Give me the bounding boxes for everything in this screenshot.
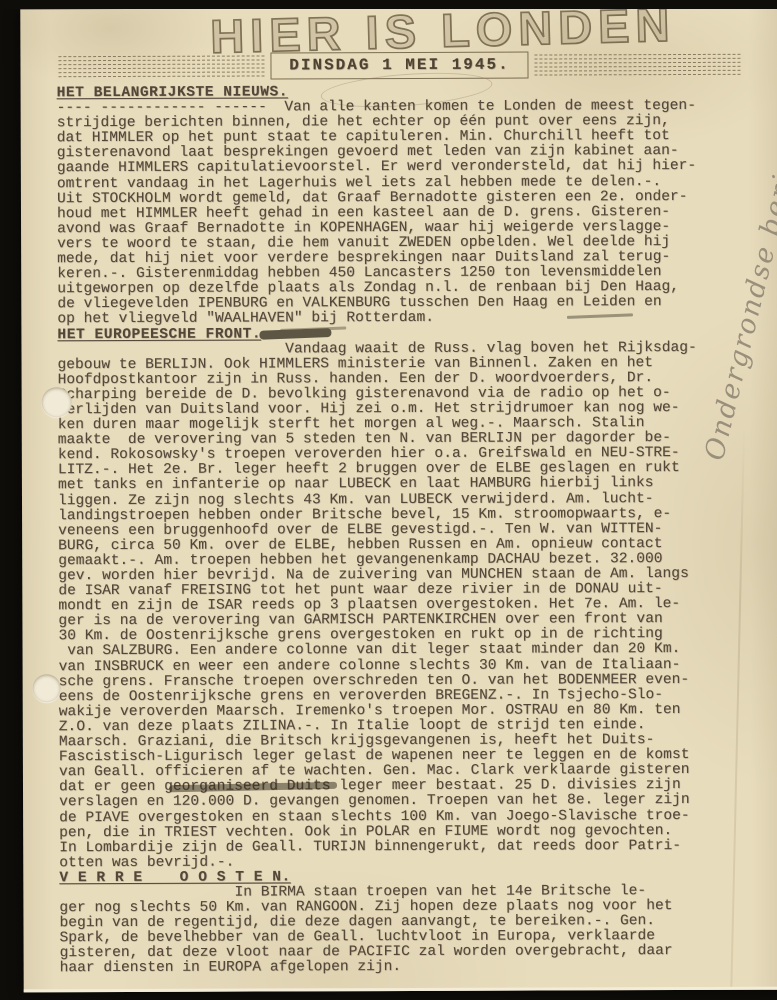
paper-crease [730, 427, 745, 987]
section-body-europeesche-front: Vandaag waait de Russ. vlag boven het Ri… [57, 340, 731, 871]
newspaper-page: HIER IS LONDEN DINSDAG 1 MEI 1945. HET B… [20, 7, 777, 993]
dashed-rules-left [58, 55, 264, 77]
section-body-verre-oosten: In BIRMA staan troepen van het 14e Brits… [59, 884, 731, 977]
punch-hole [33, 674, 61, 702]
punch-hole [42, 387, 72, 417]
scanned-document-photo: { "masthead": { "title": "HIER IS LONDEN… [0, 0, 777, 1000]
photo-background-edge [0, 0, 777, 9]
dashed-rules-right [535, 54, 741, 76]
section-body-belangrijkste-nieuws: ---- ------------ ------ Van alle kanten… [57, 99, 730, 328]
article-text: HET BELANGRIJKSTE NIEUWS. ---- ---------… [57, 84, 732, 977]
